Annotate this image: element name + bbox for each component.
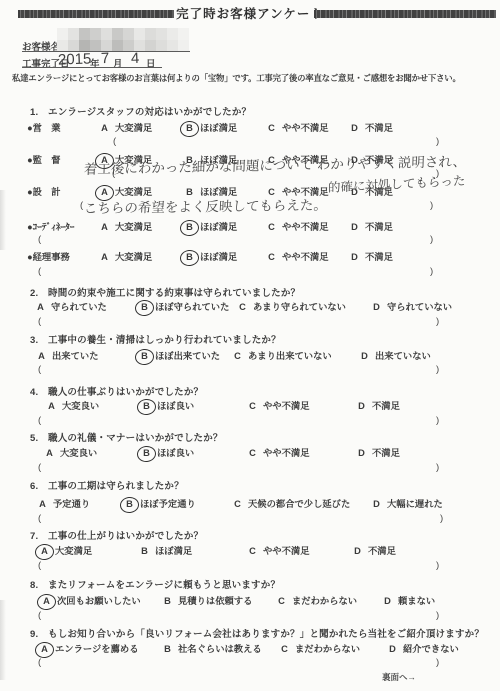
option-label: 社名ぐらいは教える <box>178 644 262 654</box>
option-letter: C <box>267 123 276 133</box>
blur-cell <box>156 28 167 40</box>
option-D: D紹介できない <box>388 641 459 655</box>
option-D: D頼まない <box>383 593 435 607</box>
question-title: 9. もしお知り合いから「良いリフォーム会社はありますか？」と聞かれたら当社をご… <box>30 626 484 640</box>
option-B: Bほぼ満足 <box>185 120 237 134</box>
option-letter: A <box>42 596 51 606</box>
date-month-value: 7 <box>101 50 110 67</box>
option-letter: C <box>248 401 257 411</box>
survey-document: 完了時お客様アンケート お客様名 工事完了日 2015 年 7 月 4 日 私達… <box>0 0 500 691</box>
option-label: 大幅に遅れた <box>387 499 443 509</box>
option-label: 不満足 <box>365 123 393 133</box>
option-C: Cやや不満足 <box>248 543 310 557</box>
comment-paren-close: ) <box>430 234 433 245</box>
blur-cell <box>68 28 79 40</box>
option-A: A大変満足 <box>100 249 152 263</box>
option-label: やや不満足 <box>263 448 310 458</box>
option-C: Cやや不満足 <box>267 219 329 233</box>
question-title: 7. 工事の仕上がりはいかがでしたか？ <box>30 528 203 542</box>
comment-paren-open: ( <box>38 560 41 571</box>
option-label: ほぼ満足 <box>155 546 192 556</box>
option-label: 不満足 <box>368 546 396 556</box>
question-title: 2. 時間の約束や施工に関する約束事は守られていましたか？ <box>30 285 300 299</box>
blur-cell <box>57 40 68 52</box>
comment-paren-close: ) <box>436 610 439 621</box>
option-A: A予定通り <box>38 496 90 510</box>
option-label: 大変良い <box>62 401 99 411</box>
option-letter: A <box>40 546 49 556</box>
option-label: ほぼ良い <box>157 448 194 458</box>
option-letter: C <box>267 252 276 262</box>
option-C: Cあまり守られていない <box>238 299 346 313</box>
privacy-blur-customer-name <box>57 28 189 51</box>
option-B: Bほぼ満足 <box>185 249 237 263</box>
blur-cell <box>101 28 112 40</box>
option-label: 見積りは依頼する <box>178 596 252 606</box>
option-label: やや不満足 <box>282 222 329 232</box>
option-letter: A <box>38 499 47 509</box>
option-label: 頼まない <box>398 596 435 606</box>
blur-cell <box>156 40 167 52</box>
option-label: あまり出来ていない <box>248 351 332 361</box>
option-letter: D <box>372 499 381 509</box>
blur-cell <box>123 28 134 40</box>
option-label: あまり守られていない <box>253 302 346 312</box>
comment-paren-close: ) <box>436 364 439 375</box>
option-D: D不満足 <box>357 445 400 459</box>
option-label: エンラージを薦める <box>55 644 139 654</box>
comment-line: () <box>0 234 500 248</box>
option-letter: B <box>163 644 172 654</box>
option-B: Bほぼ出来ていた <box>140 348 220 362</box>
comment-line: () <box>0 462 500 476</box>
question-title: 5. 職人の礼儀・マナーはいかがでしたか？ <box>30 430 223 444</box>
selected-answer-circle <box>36 593 56 611</box>
option-letter: C <box>233 351 242 361</box>
blur-cell <box>90 40 101 52</box>
option-B: Bほぼ良い <box>142 445 194 459</box>
comment-paren-close: ) <box>436 462 439 473</box>
option-A: A大変良い <box>47 398 99 412</box>
option-label: ほぼ守られていた <box>155 302 229 312</box>
staff-role-label: ●経理事務 <box>27 249 70 263</box>
comment-line: () <box>0 266 500 280</box>
comment-line: () <box>0 610 500 624</box>
option-letter: B <box>140 351 149 361</box>
option-letter: D <box>383 596 392 606</box>
blur-cell <box>178 28 189 40</box>
option-B: Bほぼ満足 <box>185 219 237 233</box>
blur-cell <box>178 40 189 52</box>
option-letter: B <box>125 499 134 509</box>
option-label: ほぼ満足 <box>200 252 237 262</box>
date-underline <box>22 67 162 68</box>
option-label: まだわからない <box>292 596 357 606</box>
option-D: D不満足 <box>350 120 393 134</box>
option-letter: B <box>142 401 151 411</box>
blur-cell <box>68 40 79 52</box>
blur-cell <box>167 28 178 40</box>
option-label: ほぼ出来ていた <box>155 351 220 361</box>
option-B: Bほぼ予定通り <box>125 496 196 510</box>
option-letter: B <box>185 222 194 232</box>
option-label: 次回もお願いしたい <box>57 596 141 606</box>
comment-paren-close: ) <box>430 266 433 277</box>
option-D: D不満足 <box>350 249 393 263</box>
option-letter: D <box>350 252 359 262</box>
selected-answer-circle <box>134 299 154 317</box>
blur-cell <box>112 28 123 40</box>
option-C: Cやや不満足 <box>267 120 329 134</box>
option-letter: A <box>100 222 109 232</box>
date-year-value: 2015 <box>58 50 92 68</box>
option-label: 不満足 <box>372 401 400 411</box>
comment-paren-open: ( <box>38 415 41 426</box>
option-D: D不満足 <box>357 398 400 412</box>
option-letter: C <box>233 499 242 509</box>
comment-line: () <box>0 136 500 150</box>
option-label: やや不満足 <box>263 546 310 556</box>
blur-cell <box>145 40 156 52</box>
staff-option-row: ●経理事務A大変満足Bほぼ満足Cやや不満足D不満足 <box>0 249 500 263</box>
option-label: 大変満足 <box>115 252 152 262</box>
option-C: C天候の都合で少し延びた <box>233 496 350 510</box>
option-label: ほぼ満足 <box>200 123 237 133</box>
option-letter: B <box>142 448 151 458</box>
question-title: 1. エンラージスタッフの対応はいかがでしたか？ <box>30 104 251 118</box>
option-label: 不満足 <box>365 222 393 232</box>
option-C: Cまだわからない <box>280 641 360 655</box>
option-letter: C <box>248 546 257 556</box>
option-letter: B <box>185 123 194 133</box>
comment-paren-close: ) <box>436 560 439 571</box>
option-A: A大変満足 <box>100 219 152 233</box>
option-A: A守られていた <box>36 299 107 313</box>
comment-paren-close: ) <box>436 316 439 327</box>
option-B: B社名ぐらいは教える <box>163 641 262 655</box>
header-stripe-right <box>314 10 496 18</box>
option-label: 大変良い <box>60 448 97 458</box>
option-row: Aエンラージを薦めるB社名ぐらいは教えるCまだわからないD紹介できない <box>0 641 500 655</box>
question-title: 8. またリフォームをエンラージに頼もうと思いますか？ <box>30 577 280 591</box>
comment-paren-open: ( <box>38 316 41 327</box>
selected-answer-circle <box>136 398 156 416</box>
selected-answer-circle <box>179 249 199 267</box>
option-letter: C <box>280 644 289 654</box>
option-letter: D <box>350 123 359 133</box>
option-label: ほぼ満足 <box>200 222 237 232</box>
option-label: 紹介できない <box>403 644 459 654</box>
option-row: A大変満足Bほぼ満足Cやや不満足D不満足 <box>0 543 500 557</box>
option-letter: B <box>140 302 149 312</box>
option-label: 守られていた <box>51 302 107 312</box>
comment-paren-open: ( <box>38 462 41 473</box>
option-label: やや不満足 <box>282 252 329 262</box>
option-label: ほぼ良い <box>157 401 194 411</box>
option-label: 出来ていない <box>375 351 431 361</box>
option-label: 大変満足 <box>115 222 152 232</box>
option-A: Aエンラージを薦める <box>40 641 139 655</box>
option-letter: D <box>353 546 362 556</box>
option-D: D出来ていない <box>360 348 431 362</box>
option-letter: C <box>267 222 276 232</box>
comment-line: () <box>0 415 500 429</box>
option-row: A次回もお願いしたいB見積りは依頼するCまだわからないD頼まない <box>0 593 500 607</box>
option-letter: D <box>372 302 381 312</box>
option-C: Cやや不満足 <box>267 249 329 263</box>
option-label: 天候の都合で少し延びた <box>248 499 350 509</box>
comment-paren-close: ) <box>436 657 439 668</box>
comment-line: () <box>0 513 500 527</box>
option-D: D大幅に遅れた <box>372 496 443 510</box>
option-letter: D <box>360 351 369 361</box>
comment-line: () <box>0 364 500 378</box>
blur-cell <box>79 28 90 40</box>
option-letter: C <box>238 302 247 312</box>
option-letter: B <box>163 596 172 606</box>
back-side-note: 裏面へ→ <box>382 671 416 683</box>
option-C: Cまだわからない <box>277 593 357 607</box>
question-title: 6. 工事の工期は守られましたか？ <box>30 478 184 492</box>
question-title: 4. 職人の仕事ぶりはいかがでしたか？ <box>30 384 203 398</box>
option-letter: A <box>40 644 49 654</box>
staff-option-row: ●営 業A大変満足Bほぼ満足Cやや不満足D不満足 <box>0 120 500 134</box>
option-letter: A <box>100 252 109 262</box>
blur-cell <box>134 28 145 40</box>
blur-cell <box>167 40 178 52</box>
comment-paren-open: ( <box>38 610 41 621</box>
option-label: 大変満足 <box>115 123 152 133</box>
option-label: やや不満足 <box>263 401 310 411</box>
option-label: ほぼ予定通り <box>140 499 196 509</box>
comment-line: () <box>0 657 500 671</box>
blur-cell <box>90 28 101 40</box>
comment-paren-open: ( <box>113 136 116 147</box>
option-letter: A <box>100 187 109 197</box>
comment-paren-open: ( <box>38 266 41 277</box>
option-B: Bほぼ守られていた <box>140 299 229 313</box>
date-day-value: 4 <box>131 50 140 67</box>
option-label: 不満足 <box>372 448 400 458</box>
option-row: A大変良いBほぼ良いCやや不満足D不満足 <box>0 445 500 459</box>
option-row: A出来ていたBほぼ出来ていたCあまり出来ていないD出来ていない <box>0 348 500 362</box>
option-letter: D <box>357 448 366 458</box>
option-B: Bほぼ満足 <box>140 543 192 557</box>
comment-paren-close: ) <box>430 200 433 211</box>
option-label: 出来ていた <box>52 351 99 361</box>
comment-paren-close: ) <box>440 513 443 524</box>
comment-paren-open: ( <box>38 657 41 668</box>
option-A: A次回もお願いしたい <box>42 593 141 607</box>
intro-text: 私達エンラージにとってお客様のお言葉は何よりの「宝物」です。工事完了後の率直なご… <box>12 72 498 84</box>
option-letter: C <box>248 448 257 458</box>
staff-role-label: ●設 計 <box>27 184 61 198</box>
selected-answer-circle <box>136 445 156 463</box>
option-letter: D <box>350 222 359 232</box>
blur-cell <box>57 28 68 40</box>
option-B: Bほぼ良い <box>142 398 194 412</box>
handwritten-comment: こちらの希望をよく反映してもらえた。 <box>84 194 328 217</box>
option-C: Cあまり出来ていない <box>233 348 332 362</box>
comment-paren-open: ( <box>80 200 83 211</box>
option-letter: C <box>277 596 286 606</box>
option-letter: B <box>185 252 194 262</box>
option-label: まだわからない <box>295 644 360 654</box>
option-label: 不満足 <box>365 252 393 262</box>
comment-line: () <box>0 316 500 330</box>
option-row: A大変良いBほぼ良いCやや不満足D不満足 <box>0 398 500 412</box>
comment-line: () <box>0 560 500 574</box>
option-A: A大変良い <box>45 445 97 459</box>
option-B: B見積りは依頼する <box>163 593 252 607</box>
option-C: Cやや不満足 <box>248 445 310 459</box>
option-row: A予定通りBほぼ予定通りC天候の都合で少し延びたD大幅に遅れた <box>0 496 500 510</box>
comment-paren-open: ( <box>38 513 41 524</box>
selected-answer-circle <box>34 543 54 561</box>
option-letter: A <box>37 351 46 361</box>
option-letter: A <box>45 448 54 458</box>
question-title: 3. 工事中の養生・清掃はしっかり行われていましたか？ <box>30 332 281 346</box>
staff-option-row: ●ｺｰﾃﾞｨﾈｰﾀｰA大変満足Bほぼ満足Cやや不満足D不満足 <box>0 219 500 233</box>
option-label: やや不満足 <box>282 123 329 133</box>
option-letter: B <box>140 546 149 556</box>
option-label: 予定通り <box>53 499 90 509</box>
comment-paren-close: ) <box>436 136 439 147</box>
comment-paren-close: ) <box>436 415 439 426</box>
option-C: Cやや不満足 <box>248 398 310 412</box>
option-D: D不満足 <box>353 543 396 557</box>
option-letter: D <box>388 644 397 654</box>
blur-cell <box>145 28 156 40</box>
option-letter: A <box>47 401 56 411</box>
option-A: A大変満足 <box>100 120 152 134</box>
comment-paren-open: ( <box>38 234 41 245</box>
option-D: D守られていない <box>372 299 452 313</box>
blur-cell <box>112 40 123 52</box>
blur-cell <box>79 40 90 52</box>
option-A: A出来ていた <box>37 348 99 362</box>
option-letter: A <box>36 302 45 312</box>
option-letter: D <box>357 401 366 411</box>
option-label: 守られていない <box>387 302 452 312</box>
option-letter: A <box>100 123 109 133</box>
selected-answer-circle <box>119 496 139 514</box>
staff-role-label: ●ｺｰﾃﾞｨﾈｰﾀｰ <box>27 219 74 233</box>
option-label: 大変満足 <box>55 546 92 556</box>
option-A: A大変満足 <box>40 543 92 557</box>
staff-role-label: ●営 業 <box>27 120 61 134</box>
option-D: D不満足 <box>350 219 393 233</box>
option-row: A守られていたBほぼ守られていたCあまり守られていないD守られていない <box>0 299 500 313</box>
staff-role-label: ●監 督 <box>27 152 61 166</box>
comment-paren-open: ( <box>38 364 41 375</box>
